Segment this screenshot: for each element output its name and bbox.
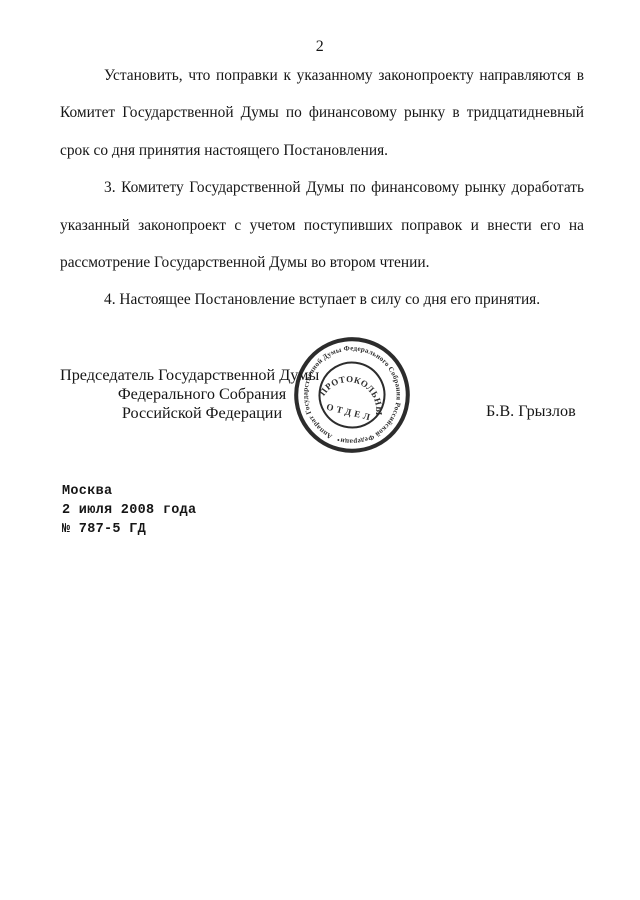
body-line: указанный законопроект с учетом поступив… [60,207,584,244]
footer-date: 2 июля 2008 года [62,502,196,521]
body-line: Комитет Государственной Думы по финансов… [60,94,584,131]
body-line: Установить, что поправки к указанному за… [60,57,584,94]
document-page: 2 Установить, что поправки к указанному … [0,0,640,900]
paragraph: 4. Настоящее Постановление вступает в си… [60,281,584,318]
footer-number: № 787-5 ГД [62,521,196,540]
footer-city: Москва [62,483,196,502]
signature-name: Б.В. Грызлов [486,402,576,421]
document-body: Установить, что поправки к указанному за… [60,57,584,319]
paragraph: Установить, что поправки к указанному за… [60,57,584,169]
stamp-seal-icon: • Аппарат Государственной Думы Федеральн… [281,324,423,466]
body-line: рассмотрение Государственной Думы во вто… [60,244,584,281]
body-line: срок со дня принятия настоящего Постанов… [60,132,584,169]
body-line: 3. Комитету Государственной Думы по фина… [60,169,584,206]
protocol-department-stamp: • Аппарат Государственной Думы Федеральн… [281,324,423,466]
page-number: 2 [0,38,640,56]
stamp-center-word: ОТДЕЛ [325,402,374,423]
paragraph: 3. Комитету Государственной Думы по фина… [60,169,584,281]
footer-block: Москва 2 июля 2008 года № 787-5 ГД [62,483,196,539]
stamp-ring-text: Аппарат Государственной Думы Федеральног… [281,324,420,456]
body-line: 4. Настоящее Постановление вступает в си… [60,281,584,318]
